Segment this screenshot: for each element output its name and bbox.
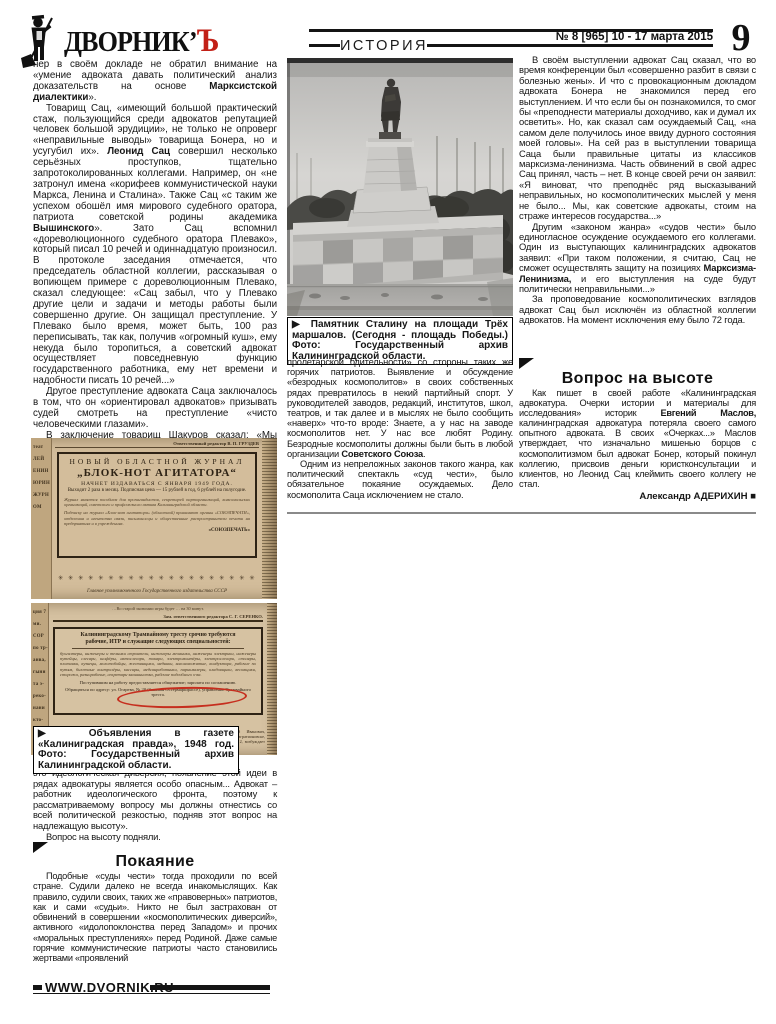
paragraph: В своём выступлении адвокат Сац сказал, … <box>519 55 756 222</box>
paragraph: Как пишет в своей работе «Калининградска… <box>519 388 756 489</box>
clipping-ornament-row: ✳ ✳ ✳ ✳ ✳ ✳ ✳ ✳ ✳ ✳ ✳ ✳ ✳ ✳ ✳ ✳ ✳ ✳ ✳ ✳ <box>57 574 257 582</box>
paragraph: ЮРИН <box>33 481 51 486</box>
paragraph: Другим «законом жанра» «судов чести» был… <box>519 222 756 295</box>
author-byline: Александр АДЕРИХИН ■ <box>519 491 756 502</box>
paragraph: ОМ <box>33 505 51 510</box>
section-rule-left <box>309 44 340 47</box>
newspaper-clipping-bloknot: театЛЕЙЕНИНЮРИНЖУРНОМ Ответственный реда… <box>31 438 277 599</box>
jobs-ad-headline-1: Калининградскому Трамвайному тресту сроч… <box>60 632 256 639</box>
clipping-subtitle: НАЧНЕТ ИЗДАВАТЬСЯ С ЯНВАРЯ 1949 ГОДА. <box>64 481 250 487</box>
paragraph: реко- <box>33 694 48 699</box>
paragraph: Одним из непреложных законов такого жанр… <box>287 459 513 500</box>
clipping-ad-frame: НОВЫЙ ОБЛАСТНОЙ ЖУРНАЛ „БЛОК-НОТ АГИТАТО… <box>57 452 257 558</box>
paragraph: кто- <box>33 718 48 723</box>
section-label: ИСТОРИЯ <box>340 38 427 54</box>
paragraph: Вопрос на высоту подняли. <box>33 832 277 843</box>
clipping-souzpechat: «СОЮЗПЕЧАТЬ» <box>64 528 250 533</box>
masthead-title-black: ДВОРНИК’ <box>64 26 197 58</box>
paragraph: За проповедование космополитических взгл… <box>519 294 756 325</box>
stalin-monument-photo <box>287 58 513 316</box>
masthead-title: ДВОРНИК’Ъ <box>64 23 218 60</box>
clipping-kicker: НОВЫЙ ОБЛАСТНОЙ ЖУРНАЛ <box>64 457 250 466</box>
jobs-ad-headline-2: рабочие, ИТР и служащие следующих специа… <box>60 639 256 646</box>
paragraph: ция 7 <box>33 610 48 615</box>
paragraph: СОР <box>33 634 48 639</box>
clipping-page-roll <box>262 438 277 599</box>
issue-info: № 8 [965] 10 - 17 марта 2015 <box>430 31 713 43</box>
paragraph: гынн <box>33 670 48 675</box>
clipping-top-note: …Во старой экономии игры будет … на 30 м… <box>53 606 263 611</box>
left-column-text-top: нер в своём докладе не обратил внимание … <box>33 60 277 453</box>
section-jump-triangle-icon <box>33 842 48 853</box>
footer-underline <box>33 993 270 994</box>
clipping-editor-note: Ответственный редактор В. П. ГРУЗДЕВ <box>55 441 259 448</box>
jobs-ad-rule <box>72 648 244 649</box>
paragraph: ми. <box>33 622 48 627</box>
right-column-text-bottom: Как пишет в своей работе «Калининградска… <box>519 388 756 502</box>
paragraph: Товарищ Сац, «имеющий большой практическ… <box>33 104 277 388</box>
paragraph: теат <box>33 445 51 450</box>
right-column-heading: Вопрос на высоте <box>519 370 756 388</box>
clipping-title: „БЛОК-НОТ АГИТАТОРА“ <box>64 467 250 479</box>
paragraph: Другое преступление адвоката Саца заключ… <box>33 387 277 431</box>
newspaper-page: ДВОРНИК’Ъ № 8 [965] 10 - 17 марта 2015 И… <box>0 0 776 1024</box>
jobs-ad-specialties-list: бухгалтеры, инженеры и техники строители… <box>60 651 256 677</box>
paragraph: ЖУРН <box>33 493 51 498</box>
clipping-editor-note: Зам. ответственного редактора С. Г. СЕРЕ… <box>53 614 263 622</box>
paragraph: ЕНИН <box>33 469 51 474</box>
paragraph: ЛЕЙ <box>33 457 51 462</box>
section-divider-line <box>287 512 756 514</box>
paragraph: пролетарской бдительности» со стороны та… <box>287 357 513 459</box>
clipping-footline: Главное уполномоченного Государственного… <box>57 589 257 594</box>
right-column-text-top: В своём выступлении адвокат Сац сказал, … <box>519 55 756 326</box>
paragraph: по тр- <box>33 646 48 651</box>
footer-square-icon <box>33 985 42 990</box>
masthead-title-red-letter: Ъ <box>197 23 219 59</box>
left-column-text-bottom: Подобные «суды чести» тогда проходили по… <box>33 871 277 964</box>
left-column-text-continuation: это идеологическая диверсия, появление э… <box>33 768 277 842</box>
paragraph: анва, <box>33 658 48 663</box>
paragraph: нани <box>33 706 48 711</box>
footer-bar <box>150 985 270 990</box>
clipping-price-line: Выходит 2 раза в месяц. Подписная цена —… <box>64 488 250 494</box>
clipping-caption: ▶ Объявления в газете «Калиниградская пр… <box>33 726 239 774</box>
clipping-page-roll <box>267 603 277 755</box>
middle-column-text: пролетарской бдительности» со стороны та… <box>287 357 513 500</box>
section-rule-right <box>427 44 713 47</box>
jobs-ad-note: Поступившим на работу предоставляется об… <box>60 680 256 685</box>
paragraph: нер в своём докладе не обратил внимание … <box>33 60 277 104</box>
clipping-edge-column: театЛЕЙЕНИНЮРИНЖУРНОМ <box>31 438 52 599</box>
paragraph: это идеологическая диверсия, появление э… <box>33 768 277 832</box>
clipping-fine-print-2: Подписку на журнал «Блок-нот агитатора» … <box>64 510 250 526</box>
section-jump-triangle-icon <box>519 358 534 369</box>
right-column-paragraphs: Как пишет в своей работе «Калининградска… <box>519 388 756 489</box>
clipping-fine-print-1: Журнал является пособием для пропагандис… <box>64 497 250 507</box>
left-column-heading: Покаяние <box>33 853 277 871</box>
paragraph: та э- <box>33 682 48 687</box>
paragraph: Подобные «суды чести» тогда проходили по… <box>33 871 277 964</box>
